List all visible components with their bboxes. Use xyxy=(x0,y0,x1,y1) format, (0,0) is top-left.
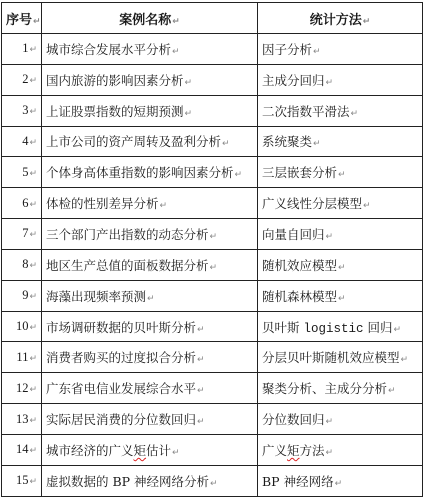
cell-method: 随机森林模型↵ xyxy=(258,280,423,311)
paragraph-mark-icon: ↵ xyxy=(197,386,205,396)
table-row: 9↵ 海藻出现频率预测↵ 随机森林模型↵ xyxy=(2,280,423,311)
cell-no: 6↵ xyxy=(2,188,42,219)
cell-no: 14↵ xyxy=(2,434,42,465)
header-cell-method: 统计方法↵ xyxy=(258,3,423,34)
paragraph-mark-icon: ↵ xyxy=(29,446,37,456)
cell-no: 9↵ xyxy=(2,280,42,311)
paragraph-mark-icon: ↵ xyxy=(363,17,371,27)
cell-name: 实际居民消费的分位数回归↵ xyxy=(42,404,258,435)
paragraph-mark-icon: ↵ xyxy=(210,263,218,273)
table-row: 5↵ 个体身高体重指数的影响因素分析↵ 三层嵌套分析↵ xyxy=(2,157,423,188)
table-header-row: 序号↵ 案例名称↵ 统计方法↵ xyxy=(2,3,423,34)
paragraph-mark-icon: ↵ xyxy=(313,47,321,57)
table-row: 11↵ 消费者购买的过度拟合分析↵ 分层贝叶斯随机效应模型↵ xyxy=(2,342,423,373)
cell-name: 虚拟数据的 BP 神经网络分析↵ xyxy=(42,465,258,496)
paragraph-mark-icon: ↵ xyxy=(351,109,359,119)
cell-no: 8↵ xyxy=(2,249,42,280)
cell-no: 2↵ xyxy=(2,64,42,95)
paragraph-mark-icon: ↵ xyxy=(147,294,155,304)
paragraph-mark-icon: ↵ xyxy=(172,47,180,57)
cell-name: 市场调研数据的贝叶斯分析↵ xyxy=(42,311,258,342)
cell-name: 上证股票指数的短期预测↵ xyxy=(42,95,258,126)
paragraph-mark-icon: ↵ xyxy=(197,417,205,427)
cell-method: 贝叶斯 logistic 回归↵ xyxy=(258,311,423,342)
cell-name: 海藻出现频率预测↵ xyxy=(42,280,258,311)
table-row: 13↵ 实际居民消费的分位数回归↵ 分位数回归↵ xyxy=(2,404,423,435)
cell-no: 4↵ xyxy=(2,126,42,157)
spellcheck-flagged-word[interactable]: 矩 xyxy=(287,443,300,458)
cell-name: 地区生产总值的面板数据分析↵ xyxy=(42,249,258,280)
table-row: 4↵ 上市公司的资产周转及盈利分析↵ 系统聚类↵ xyxy=(2,126,423,157)
paragraph-mark-icon: ↵ xyxy=(29,107,37,117)
paragraph-mark-icon: ↵ xyxy=(29,354,37,364)
cell-no: 7↵ xyxy=(2,219,42,250)
cell-method: 二次指数平滑法↵ xyxy=(258,95,423,126)
table-row: 2↵ 国内旅游的影响因素分析↵ 主成分回归↵ xyxy=(2,64,423,95)
case-methods-table: 序号↵ 案例名称↵ 统计方法↵ 1↵ 城市综合发展水平分析↵ 因子分析↵ 2↵ … xyxy=(1,2,423,497)
paragraph-mark-icon: ↵ xyxy=(160,201,168,211)
paragraph-mark-icon: ↵ xyxy=(29,169,37,179)
cell-name: 广东省电信业发展综合水平↵ xyxy=(42,373,258,404)
paragraph-mark-icon: ↵ xyxy=(29,200,37,210)
cell-method: 向量自回归↵ xyxy=(258,219,423,250)
paragraph-mark-icon: ↵ xyxy=(235,170,243,180)
cell-no: 15↵ xyxy=(2,465,42,496)
table-row: 12↵ 广东省电信业发展综合水平↵ 聚类分析、主成分分析↵ xyxy=(2,373,423,404)
paragraph-mark-icon: ↵ xyxy=(338,294,346,304)
paragraph-mark-icon: ↵ xyxy=(29,138,37,148)
cell-name: 个体身高体重指数的影响因素分析↵ xyxy=(42,157,258,188)
paragraph-mark-icon: ↵ xyxy=(29,230,37,240)
paragraph-mark-icon: ↵ xyxy=(313,139,321,149)
cell-method: 三层嵌套分析↵ xyxy=(258,157,423,188)
cell-method: 随机效应模型↵ xyxy=(258,249,423,280)
table-row: 3↵ 上证股票指数的短期预测↵ 二次指数平滑法↵ xyxy=(2,95,423,126)
paragraph-mark-icon: ↵ xyxy=(338,263,346,273)
paragraph-mark-icon: ↵ xyxy=(29,76,37,86)
paragraph-mark-icon: ↵ xyxy=(172,448,180,458)
cell-method: 因子分析↵ xyxy=(258,34,423,65)
cell-no: 11↵ xyxy=(2,342,42,373)
paragraph-mark-icon: ↵ xyxy=(210,479,218,489)
paragraph-mark-icon: ↵ xyxy=(33,17,41,27)
cell-name: 国内旅游的影响因素分析↵ xyxy=(42,64,258,95)
cell-name: 消费者购买的过度拟合分析↵ xyxy=(42,342,258,373)
cell-method: 分层贝叶斯随机效应模型↵ xyxy=(258,342,423,373)
paragraph-mark-icon: ↵ xyxy=(338,170,346,180)
spellcheck-flagged-word[interactable]: 矩 xyxy=(134,443,147,458)
paragraph-mark-icon: ↵ xyxy=(29,477,37,487)
paragraph-mark-icon: ↵ xyxy=(210,232,218,242)
cell-method: 系统聚类↵ xyxy=(258,126,423,157)
paragraph-mark-icon: ↵ xyxy=(29,385,37,395)
paragraph-mark-icon: ↵ xyxy=(197,325,205,335)
paragraph-mark-icon: ↵ xyxy=(172,17,180,27)
paragraph-mark-icon: ↵ xyxy=(185,109,193,119)
cell-no: 5↵ xyxy=(2,157,42,188)
paragraph-mark-icon: ↵ xyxy=(326,232,334,242)
paragraph-mark-icon: ↵ xyxy=(197,355,205,365)
paragraph-mark-icon: ↵ xyxy=(326,78,334,88)
table-row: 7↵ 三个部门产出指数的动态分析↵ 向量自回归↵ xyxy=(2,219,423,250)
paragraph-mark-icon: ↵ xyxy=(326,448,334,458)
cell-method: 分位数回归↵ xyxy=(258,404,423,435)
table-row: 14↵ 城市经济的广义矩估计↵ 广义矩方法↵ xyxy=(2,434,423,465)
paragraph-mark-icon: ↵ xyxy=(326,417,334,427)
paragraph-mark-icon: ↵ xyxy=(29,45,37,55)
cell-method: 广义矩方法↵ xyxy=(258,434,423,465)
cell-method: 广义线性分层模型↵ xyxy=(258,188,423,219)
header-cell-no: 序号↵ xyxy=(2,3,42,34)
cell-name: 三个部门产出指数的动态分析↵ xyxy=(42,219,258,250)
cell-method: 聚类分析、主成分分析↵ xyxy=(258,373,423,404)
cell-no: 10↵ xyxy=(2,311,42,342)
table-row: 8↵ 地区生产总值的面板数据分析↵ 随机效应模型↵ xyxy=(2,249,423,280)
cell-no: 1↵ xyxy=(2,34,42,65)
table-row: 6↵ 体检的性别差异分析↵ 广义线性分层模型↵ xyxy=(2,188,423,219)
paragraph-mark-icon: ↵ xyxy=(401,355,409,365)
paragraph-mark-icon: ↵ xyxy=(388,386,396,396)
table-row: 15↵ 虚拟数据的 BP 神经网络分析↵ BP 神经网络↵ xyxy=(2,465,423,496)
paragraph-mark-icon: ↵ xyxy=(29,323,37,333)
cell-name: 城市综合发展水平分析↵ xyxy=(42,34,258,65)
paragraph-mark-icon: ↵ xyxy=(222,139,230,149)
paragraph-mark-icon: ↵ xyxy=(335,479,343,489)
paragraph-mark-icon: ↵ xyxy=(29,292,37,302)
table-row: 10↵ 市场调研数据的贝叶斯分析↵ 贝叶斯 logistic 回归↵ xyxy=(2,311,423,342)
cell-method: 主成分回归↵ xyxy=(258,64,423,95)
cell-name: 上市公司的资产周转及盈利分析↵ xyxy=(42,126,258,157)
table-row: 1↵ 城市综合发展水平分析↵ 因子分析↵ xyxy=(2,34,423,65)
header-cell-name: 案例名称↵ xyxy=(42,3,258,34)
paragraph-mark-icon: ↵ xyxy=(363,201,371,211)
cell-name: 城市经济的广义矩估计↵ xyxy=(42,434,258,465)
paragraph-mark-icon: ↵ xyxy=(185,78,193,88)
cell-method: BP 神经网络↵ xyxy=(258,465,423,496)
paragraph-mark-icon: ↵ xyxy=(393,325,401,335)
paragraph-mark-icon: ↵ xyxy=(29,261,37,271)
cell-no: 12↵ xyxy=(2,373,42,404)
paragraph-mark-icon: ↵ xyxy=(29,416,37,426)
cell-no: 13↵ xyxy=(2,404,42,435)
cell-name: 体检的性别差异分析↵ xyxy=(42,188,258,219)
cell-no: 3↵ xyxy=(2,95,42,126)
